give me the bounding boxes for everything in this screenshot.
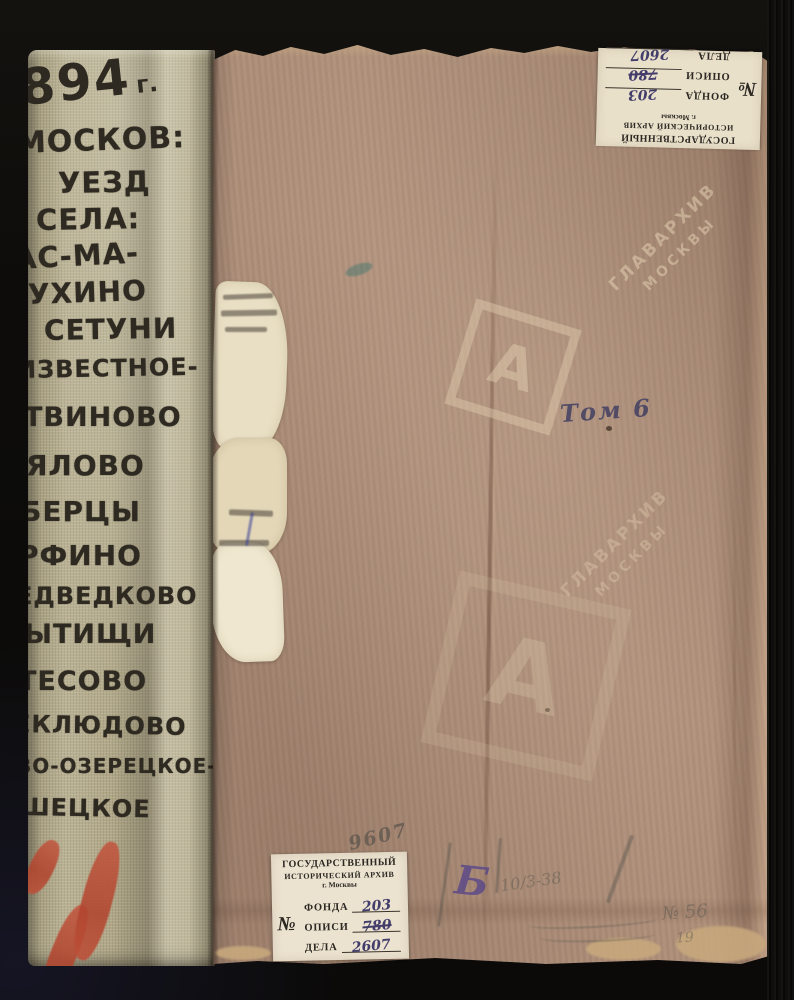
speck [606, 426, 612, 431]
torn-paper-patch [209, 541, 285, 663]
printed-text-remnant [219, 540, 269, 546]
spine-line: ТЕСОВО [28, 666, 147, 697]
opis-number: 780 [361, 917, 392, 936]
delo-row: ДЕЛА 2607 [305, 932, 401, 954]
fond-number: 203 [361, 897, 392, 916]
spine-line: ЕДВЕДКОВО [28, 582, 198, 610]
delo-number: 2607 [351, 936, 391, 955]
spine-year-number: 894 [28, 50, 133, 117]
red-paint-stroke [28, 836, 65, 899]
spine-line: УЕЗД [58, 164, 151, 200]
red-paint-stroke [67, 838, 128, 964]
spine-line: АС-МА- [28, 235, 140, 276]
spine-line: РФИНО [28, 539, 142, 572]
spine-line: ТВИНОВО [28, 402, 182, 433]
cover-crease [493, 202, 495, 902]
photo-dark-edge [767, 0, 794, 1000]
spine-year-suffix: г. [135, 69, 159, 99]
spine-cover-groove [207, 46, 219, 966]
delo-number: 2607 [630, 46, 670, 64]
book-spine: 894 г. МОСКОВ: УЕЗД СЕЛА: АС-МА- УХИНО С… [28, 50, 215, 966]
cover-crease [733, 462, 736, 892]
spine-line: МОСКОВ: [28, 120, 186, 161]
cover-crease [482, 137, 497, 957]
spine-year: 894 г. [28, 50, 160, 117]
opis-number: 780 [629, 66, 659, 83]
fond-row: ФОНДА 203 [304, 892, 400, 914]
purple-ink-mark: Б [453, 856, 492, 906]
spine-line: БЕРЦЫ [28, 495, 141, 528]
book-cover-photo: 894 г. МОСКОВ: УЕЗД СЕЛА: АС-МА- УХИНО С… [0, 0, 794, 1000]
number-sign: № [738, 77, 757, 100]
spine-line: ШЕЦКОЕ [28, 793, 151, 823]
fond-row: ФОНДА 203 [605, 87, 729, 110]
spine-line: ЕКЛЮДОВО [28, 710, 187, 741]
opis-row: ОПИСИ 780 [304, 912, 400, 934]
spine-line: СЕЛА: [36, 201, 141, 237]
torn-paper-patch [210, 281, 290, 451]
printed-text-remnant [225, 327, 267, 332]
speck [545, 708, 550, 712]
printed-text-remnant [221, 310, 277, 317]
spine-line: ЫТИЩИ [28, 619, 156, 650]
spine-line: УХИНО [28, 274, 147, 311]
worn-spot [215, 946, 271, 960]
spine-line: ВО-ОЗЕРЕЦКОЕ- [28, 754, 215, 778]
spine-line: СЕТУНИ [44, 312, 178, 347]
spine-line: ЯЛОВО [28, 449, 145, 482]
cardboard-cover [213, 42, 769, 964]
archive-label-top: ГОСУДАРСТВЕННЫЙ ИСТОРИЧЕСКИЙ АРХИВ г. Мо… [596, 48, 763, 150]
number-sign: № [277, 913, 296, 936]
spine-line: ИЗВЕСТНОЕ- [28, 353, 199, 384]
teal-ink-smudge [344, 260, 374, 279]
pencil-scribble: 19 [676, 930, 695, 947]
pencil-scribble: № 56 [661, 900, 708, 924]
archive-label-bottom: ГОСУДАРСТВЕННЫЙ ИСТОРИЧЕСКИЙ АРХИВ г. Мо… [271, 852, 409, 962]
fond-number: 203 [628, 86, 658, 103]
